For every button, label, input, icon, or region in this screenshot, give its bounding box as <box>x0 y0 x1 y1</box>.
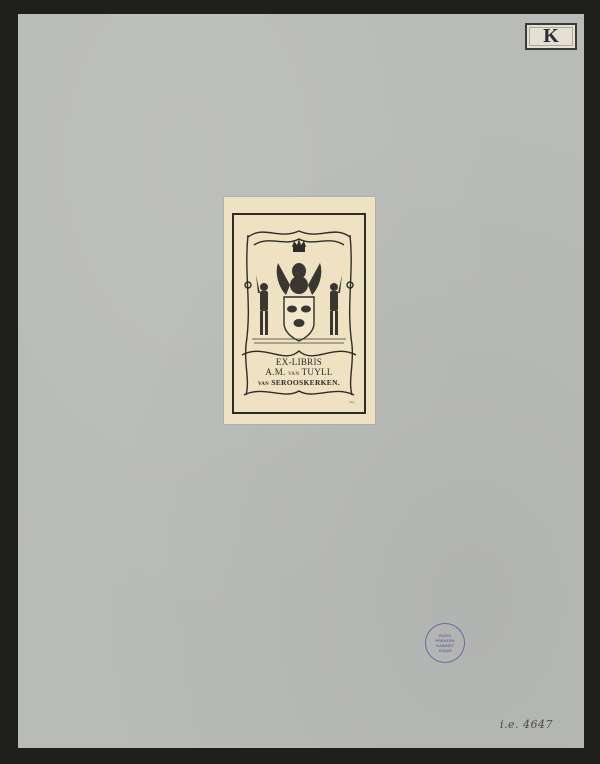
collection-stamp: RIJKS PRENTEN KABINET A'DAM <box>425 623 465 663</box>
owner-particle: VAN <box>288 372 299 377</box>
owner-surname: TUYLL <box>302 367 333 377</box>
index-letter-label: K <box>525 23 577 50</box>
owner-name-line2: VAN SEROOSKERKEN. <box>234 378 364 387</box>
bookplate: EX-LIBRIS A.M. VAN TUYLL VAN SEROOSKERKE… <box>224 197 375 424</box>
owner-name-line1: A.M. VAN TUYLL <box>234 367 364 377</box>
ex-libris-heading: EX-LIBRIS <box>234 357 364 367</box>
artist-signature: ~sig~ <box>348 400 356 404</box>
bookplate-border: EX-LIBRIS A.M. VAN TUYLL VAN SEROOSKERKE… <box>232 213 366 414</box>
index-letter: K <box>543 25 559 48</box>
stamp-line-4: A'DAM <box>439 648 452 653</box>
owner-initials: A.M. <box>265 367 285 377</box>
owner-particle-2: VAN <box>258 382 269 387</box>
owner-surname-2: SEROOSKERKEN. <box>271 378 340 387</box>
handwritten-inventory-number: i.e. 4647 <box>500 718 553 731</box>
